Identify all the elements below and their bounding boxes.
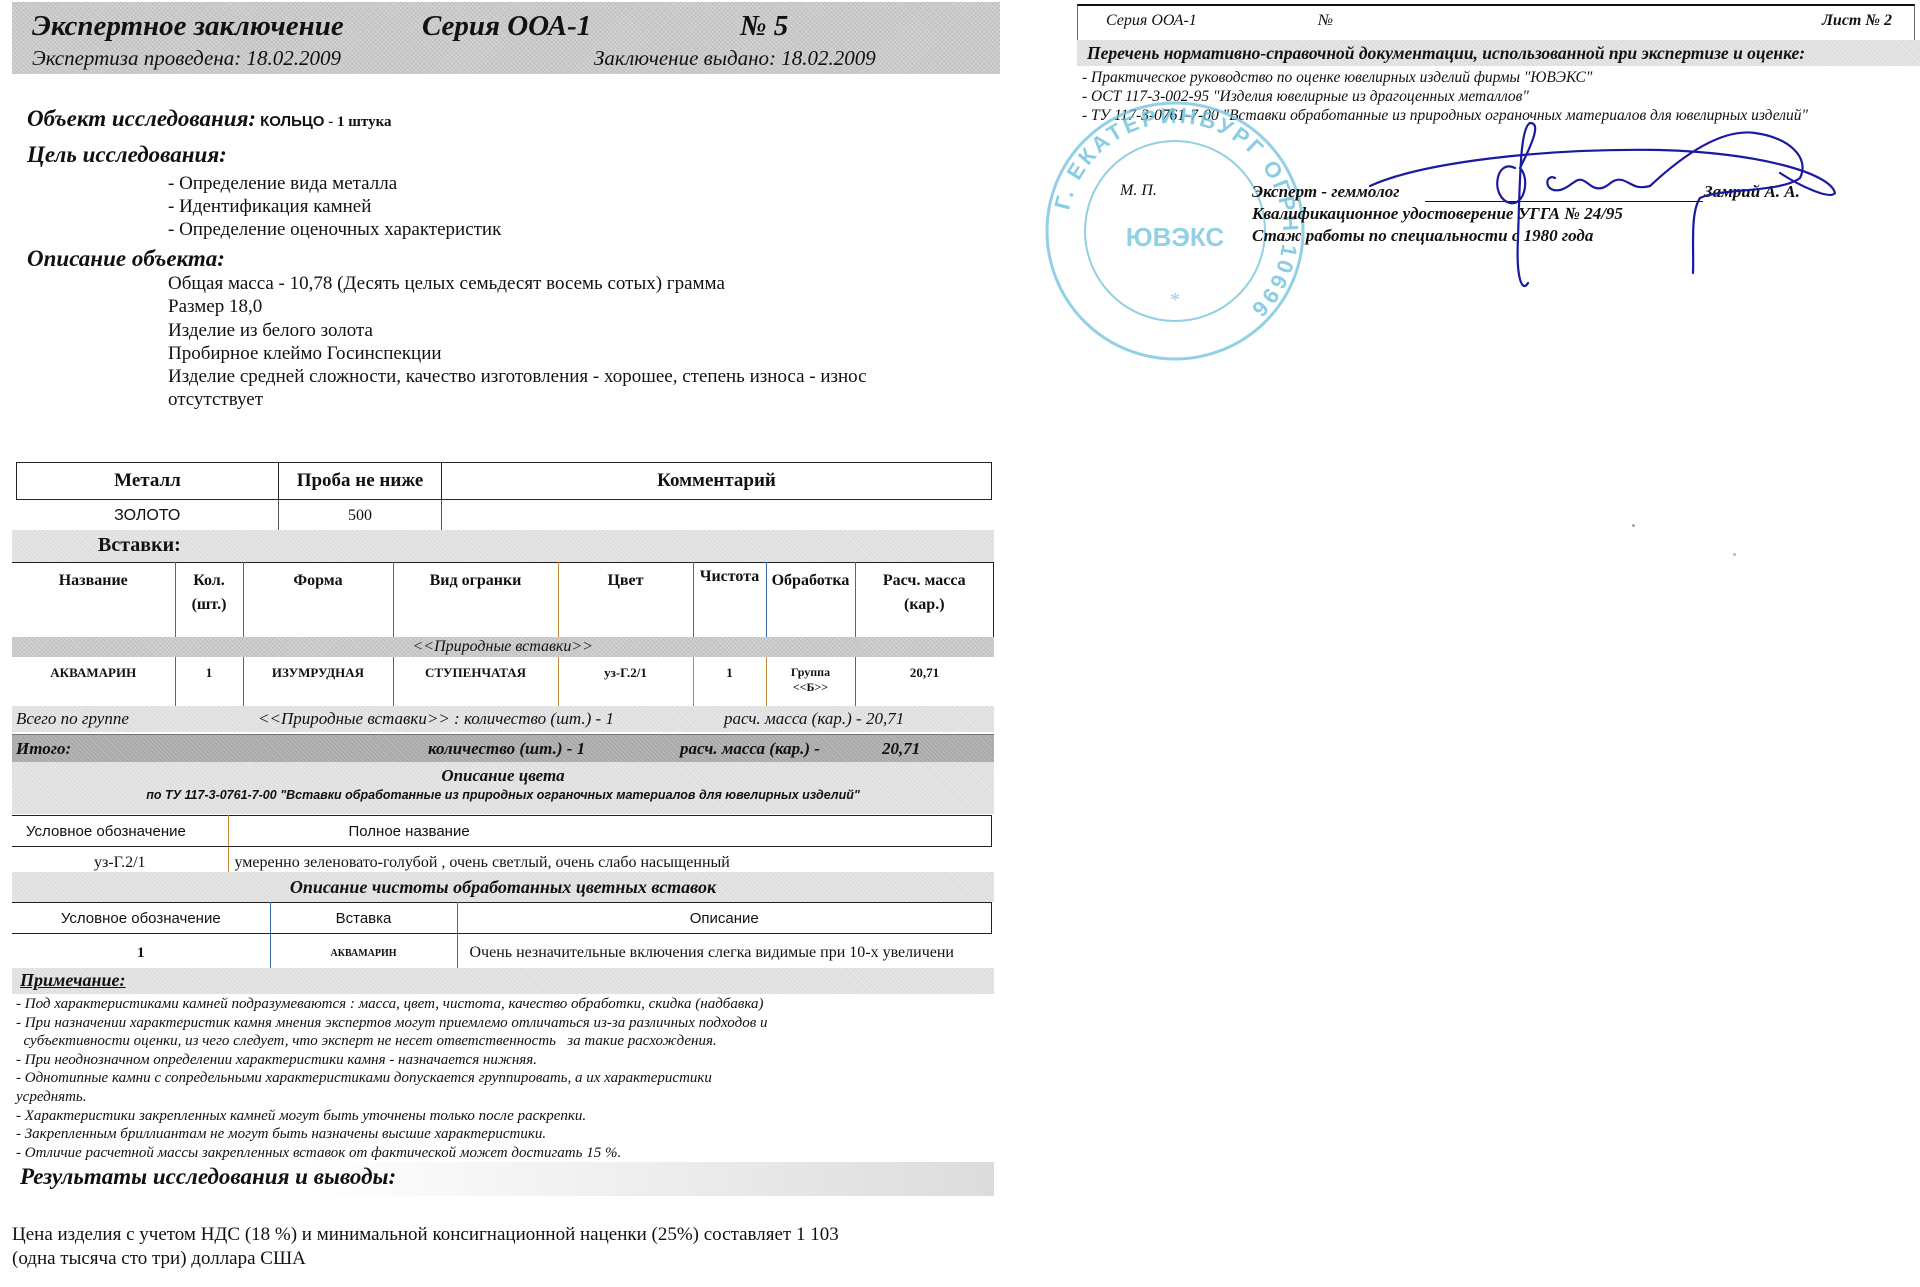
scan-speck [1733,553,1736,556]
sheet-series: Серия ООА-1 [1106,12,1197,30]
color-desc-subtitle: по ТУ 117-3-0761-7-00 "Вставки обработан… [12,788,994,802]
group-total-row: Всего по группе <<Природные вставки>> : … [12,706,994,732]
insert-clarity: 1 [693,657,766,711]
group-total-qty: <<Природные вставки>> : количество (шт.)… [258,709,614,729]
notes-band: Примечание: [12,968,994,994]
table-row: АКВАМАРИН 1 ИЗУМРУДНАЯ СТУПЕНЧАТАЯ уз-Г.… [12,657,994,711]
grand-total-qty: количество (шт.) - 1 [428,739,585,759]
col-mass: Расч. масса (кар.) [855,563,994,638]
inserts-table: Название Кол. (шт.) Форма Вид огранки Цв… [12,562,994,711]
col-name: Название [12,563,175,638]
examination-date: Экспертиза проведена: 18.02.2009 [32,46,341,71]
results-title: Результаты исследования и выводы: [20,1164,396,1190]
grand-total-row: Итого: количество (шт.) - 1 расч. масса … [12,734,994,763]
description-line: Пробирное клеймо Госинспекции [168,342,867,365]
color-desc-header: Условное обозначение Полное название [12,816,992,847]
col-cut: Вид огранки [393,563,558,638]
goal-item: - Идентификация камней [168,195,501,218]
group-total-mass: расч. масса (кар.) - 20,71 [724,709,904,729]
col-color: Цвет [558,563,693,638]
color-desc-title: Описание цвета [12,766,994,786]
clarity-desc-header: Условное обозначение Вставка Описание [12,903,992,934]
note-item: субъективности оценки, из чего следует, … [16,1032,996,1051]
note-item: - Под характеристиками камней подразумев… [16,995,996,1014]
ref-item: - Практическое руководство по оценке юве… [1082,68,1808,87]
insert-name: АКВАМАРИН [12,657,175,711]
description-line: Изделие из белого золота [168,319,867,342]
results-line: (одна тысяча сто три) доллара США [12,1247,839,1271]
clarity-code: 1 [12,934,270,973]
grand-total-mass-label: расч. масса (кар.) - [680,739,820,759]
clarity-description: Очень незначительные включения слегка ви… [457,934,992,973]
grand-total-label: Итого: [16,739,71,759]
insert-mass: 20,71 [855,657,994,711]
series-label: Серия ООА-1 [422,10,591,43]
inserts-label: Вставки: [98,534,181,557]
col-qty: Кол. (шт.) [175,563,243,638]
description-line: Изделие средней сложности, качество изго… [168,365,867,388]
notes-list: - Под характеристиками камней подразумев… [16,995,996,1162]
goal-list: - Определение вида металла - Идентификац… [168,172,501,241]
metal-cell: ЗОЛОТО [17,500,279,533]
inserts-band: Вставки: [12,530,994,562]
note-item: - При неоднозначном определении характер… [16,1051,996,1070]
results-band: Результаты исследования и выводы: [12,1162,994,1196]
notes-title: Примечание: [20,970,126,991]
handwritten-signature-icon [1360,118,1920,298]
insert-qty: 1 [175,657,243,711]
comment-cell [442,500,992,533]
col-clarity: Чистота [693,563,766,638]
goal-item: - Определение вида металла [168,172,501,195]
stamp-place-label: М. П. [1120,182,1157,200]
clarity-insert: АКВАМАРИН [270,934,457,973]
issue-date: Заключение выдано: 18.02.2009 [594,46,876,71]
object-value: КОЛЬЦО [260,113,324,130]
inserts-table-header: Название Кол. (шт.) Форма Вид огранки Цв… [12,563,994,638]
note-item: усреднять. [16,1088,996,1107]
fineness-cell: 500 [279,500,442,533]
document-header: Экспертное заключение Серия ООА-1 № 5 Эк… [12,2,1000,74]
sheet-header: Серия ООА-1 № Лист № 2 [1077,4,1915,41]
comment-header: Комментарий [442,463,992,500]
scan-speck [1632,524,1635,527]
col-color-fullname: Полное название [228,816,992,847]
metal-table-header: Металл Проба не ниже Комментарий [17,463,992,500]
object-label: Объект исследования: [27,106,256,131]
group-total-label: Всего по группе [16,709,129,729]
metal-header: Металл [17,463,279,500]
refs-title: Перечень нормативно-справочной документа… [1077,40,1920,66]
insert-cut: СТУПЕНЧАТАЯ [393,657,558,711]
stamp-center-text: ЮВЭКС [1126,222,1225,252]
group-label: <<Природные вставки>> [12,637,994,657]
object-line: Объект исследования: КОЛЬЦО - 1 штука [27,106,391,132]
color-desc-band: Описание цвета по ТУ 117-3-0761-7-00 "Вс… [12,762,994,814]
sheet-page-number: Лист № 2 [1822,12,1892,30]
results-line: Цена изделия с учетом НДС (18 %) и миним… [12,1223,839,1247]
color-desc-table: Условное обозначение Полное название уз-… [12,815,992,879]
fineness-header: Проба не ниже [279,463,442,500]
description-line: отсутствует [168,388,867,411]
col-processing: Обработка [766,563,855,638]
insert-color: уз-Г.2/1 [558,657,693,711]
svg-text:*: * [1170,289,1180,311]
table-row: ЗОЛОТО 500 [17,500,992,533]
clarity-desc-table: Условное обозначение Вставка Описание 1 … [12,902,992,972]
results-text: Цена изделия с учетом НДС (18 %) и миним… [12,1223,839,1271]
col-color-code: Условное обозначение [12,816,228,847]
col-clarity-description: Описание [457,903,992,934]
note-item: - Характеристики закрепленных камней мог… [16,1107,996,1126]
description-line: Размер 18,0 [168,295,867,318]
col-shape: Форма [243,563,393,638]
insert-processing: Группа <<Б>> [766,657,855,711]
sheet-number: № [1318,12,1333,30]
note-item: - Отличие расчетной массы закрепленных в… [16,1144,996,1163]
insert-shape: ИЗУМРУДНАЯ [243,657,393,711]
metal-table: Металл Проба не ниже Комментарий ЗОЛОТО … [16,462,992,532]
clarity-desc-title: Описание чистоты обработанных цветных вс… [12,872,994,902]
description-list: Общая масса - 10,78 (Десять целых семьде… [168,272,867,412]
object-qty: - 1 штука [324,114,391,130]
document-number: № 5 [740,10,788,43]
grand-total-mass: 20,71 [882,739,920,759]
goal-item: - Определение оценочных характеристик [168,218,501,241]
group-row: <<Природные вставки>> [12,637,994,657]
goal-label: Цель исследования: [27,142,227,168]
col-clarity-code: Условное обозначение [12,903,270,934]
note-item: - При назначении характеристик камня мне… [16,1014,996,1033]
description-line: Общая масса - 10,78 (Десять целых семьде… [168,272,867,295]
note-item: - Однотипные камни с сопредельными харак… [16,1069,996,1088]
col-clarity-insert: Вставка [270,903,457,934]
table-row: 1 АКВАМАРИН Очень незначительные включен… [12,934,992,973]
document-title: Экспертное заключение [32,10,344,43]
description-label: Описание объекта: [27,246,225,272]
note-item: - Закрепленным бриллиантам не могут быть… [16,1125,996,1144]
